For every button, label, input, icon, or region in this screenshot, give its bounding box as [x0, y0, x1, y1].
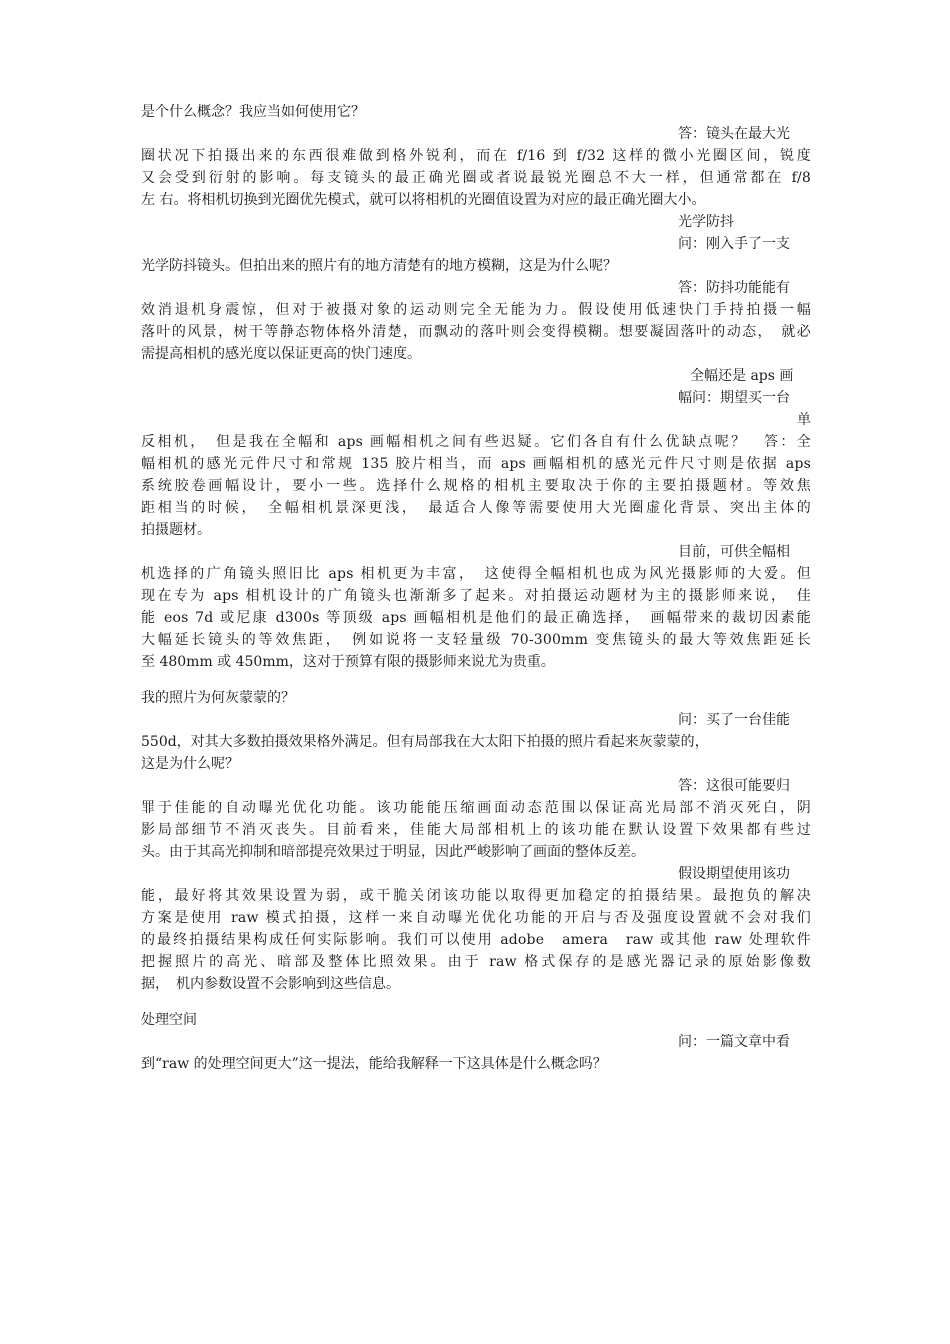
text-line: 机选择的广角镜头照旧比 aps 相机更为丰富， 这使得全幅相机也成为风光摄影师的… [141, 563, 811, 585]
text-line: 罪于佳能的自动曝光优化功能。该功能能压缩画面动态范围以保证高光局部不消灭死白，阴 [141, 797, 811, 819]
text-line: 这是为什么呢？ [141, 753, 811, 775]
answer-label: 答：防抖功能能有 [141, 277, 811, 299]
text-line: 需提高相机的感光度以保证更高的快门速度。 [141, 343, 811, 365]
paragraph-gap [141, 995, 811, 1009]
text-line: 550d，对其大多数拍摄效果格外满足。但有局部我在大太阳下拍摄的照片看起来灰蒙蒙… [141, 731, 811, 753]
text-line: 的最终拍摄结果构成任何实际影响。我们可以使用 adobe amera raw 或… [141, 929, 811, 951]
section-heading: 处理空间 [141, 1009, 811, 1031]
text-line: 据， 机内参数设置不会影响到这些信息。 [141, 973, 811, 995]
answer-label: 答：这很可能要归 [141, 775, 811, 797]
text-line: 圈状况下拍摄出来的东西很难做到格外锐利，而在 f/16 到 f/32 这样的微小… [141, 145, 811, 167]
question-label: 问：买了一台佳能 [141, 709, 811, 731]
text-line: 单 [141, 409, 811, 431]
text-line: 现在专为 aps 相机设计的广角镜头也渐渐多了起来。对拍摄运动题材为主的摄影师来… [141, 585, 811, 607]
section-heading: 全幅还是 aps 画 [141, 365, 811, 387]
question-label: 幅问：期望买一台 [141, 387, 811, 409]
text-line: 把握照片的高光、暗部及整体比照效果。由于 raw 格式保存的是感光器记录的原始影… [141, 951, 811, 973]
paragraph-gap [141, 673, 811, 687]
text-line: 能，最好将其效果设置为弱，或干脆关闭该功能以取得更加稳定的拍摄结果。最抱负的解决 [141, 885, 811, 907]
text-line: 拍摄题材。 [141, 519, 811, 541]
text-line: 光学防抖镜头。但拍出来的照片有的地方清楚有的地方模糊，这是为什么呢？ [141, 255, 811, 277]
text-line: 影局部细节不消灭丧失。目前看来，佳能大局部相机上的该功能在默认设置下效果都有些过 [141, 819, 811, 841]
text-line: 到“raw 的处理空间更大”这一提法，能给我解释一下这具体是什么概念吗？ [141, 1053, 811, 1075]
text-line: 系统胶卷画幅设计，要小一些。选择什么规格的相机主要取决于你的主要拍摄题材。等效焦 [141, 475, 811, 497]
text-line: 落叶的风景，树干等静态物体格外清楚，而飘动的落叶则会变得模糊。想要凝固落叶的动态… [141, 321, 811, 343]
paragraph-start: 假设期望使用该功 [141, 863, 811, 885]
text-line: 距相当的时候， 全幅相机景深更浅， 最适合人像等需要使用大光圈虚化背景、突出主体… [141, 497, 811, 519]
paragraph-start: 目前，可供全幅相 [141, 541, 811, 563]
document-page: 是个什么概念？我应当如何使用它？ 答：镜头在最大光 圈状况下拍摄出来的东西很难做… [141, 101, 811, 1075]
text-line: 左 右。将相机切换到光圈优先模式，就可以将相机的光圈值设置为对应的最正确光圈大小… [141, 189, 811, 211]
text-line: 又会受到衍射的影响。每支镜头的最正确光圈或者说最锐光圈总不大一样，但通常都在 f… [141, 167, 811, 189]
text-line: 大幅延长镜头的等效焦距， 例如说将一支轻量级 70-300mm 变焦镜头的最大等… [141, 629, 811, 651]
text-line: 能 eos 7d 或尼康 d300s 等顶级 aps 画幅相机是他们的最正确选择… [141, 607, 811, 629]
text-line: 至 480mm 或 450mm，这对于预算有限的摄影师来说尤为贵重。 [141, 651, 811, 673]
text-line: 反相机， 但是我在全幅和 aps 画幅相机之间有些迟疑。它们各自有什么优缺点呢？… [141, 431, 811, 453]
question-label: 问：刚入手了一支 [141, 233, 811, 255]
text-line: 是个什么概念？我应当如何使用它？ [141, 101, 811, 123]
text-line: 效消退机身震惊，但对于被摄对象的运动则完全无能为力。假设使用低速快门手持拍摄一幅 [141, 299, 811, 321]
section-heading: 光学防抖 [141, 211, 811, 233]
section-heading: 我的照片为何灰蒙蒙的？ [141, 687, 811, 709]
text-line: 方案是使用 raw 模式拍摄，这样一来自动曝光优化功能的开启与否及强度设置就不会… [141, 907, 811, 929]
question-label: 问：一篇文章中看 [141, 1031, 811, 1053]
text-line: 头。由于其高光抑制和暗部提亮效果过于明显，因此严峻影响了画面的整体反差。 [141, 841, 811, 863]
text-line: 幅相机的感光元件尺寸和常规 135 胶片相当，而 aps 画幅相机的感光元件尺寸… [141, 453, 811, 475]
answer-label: 答：镜头在最大光 [141, 123, 811, 145]
